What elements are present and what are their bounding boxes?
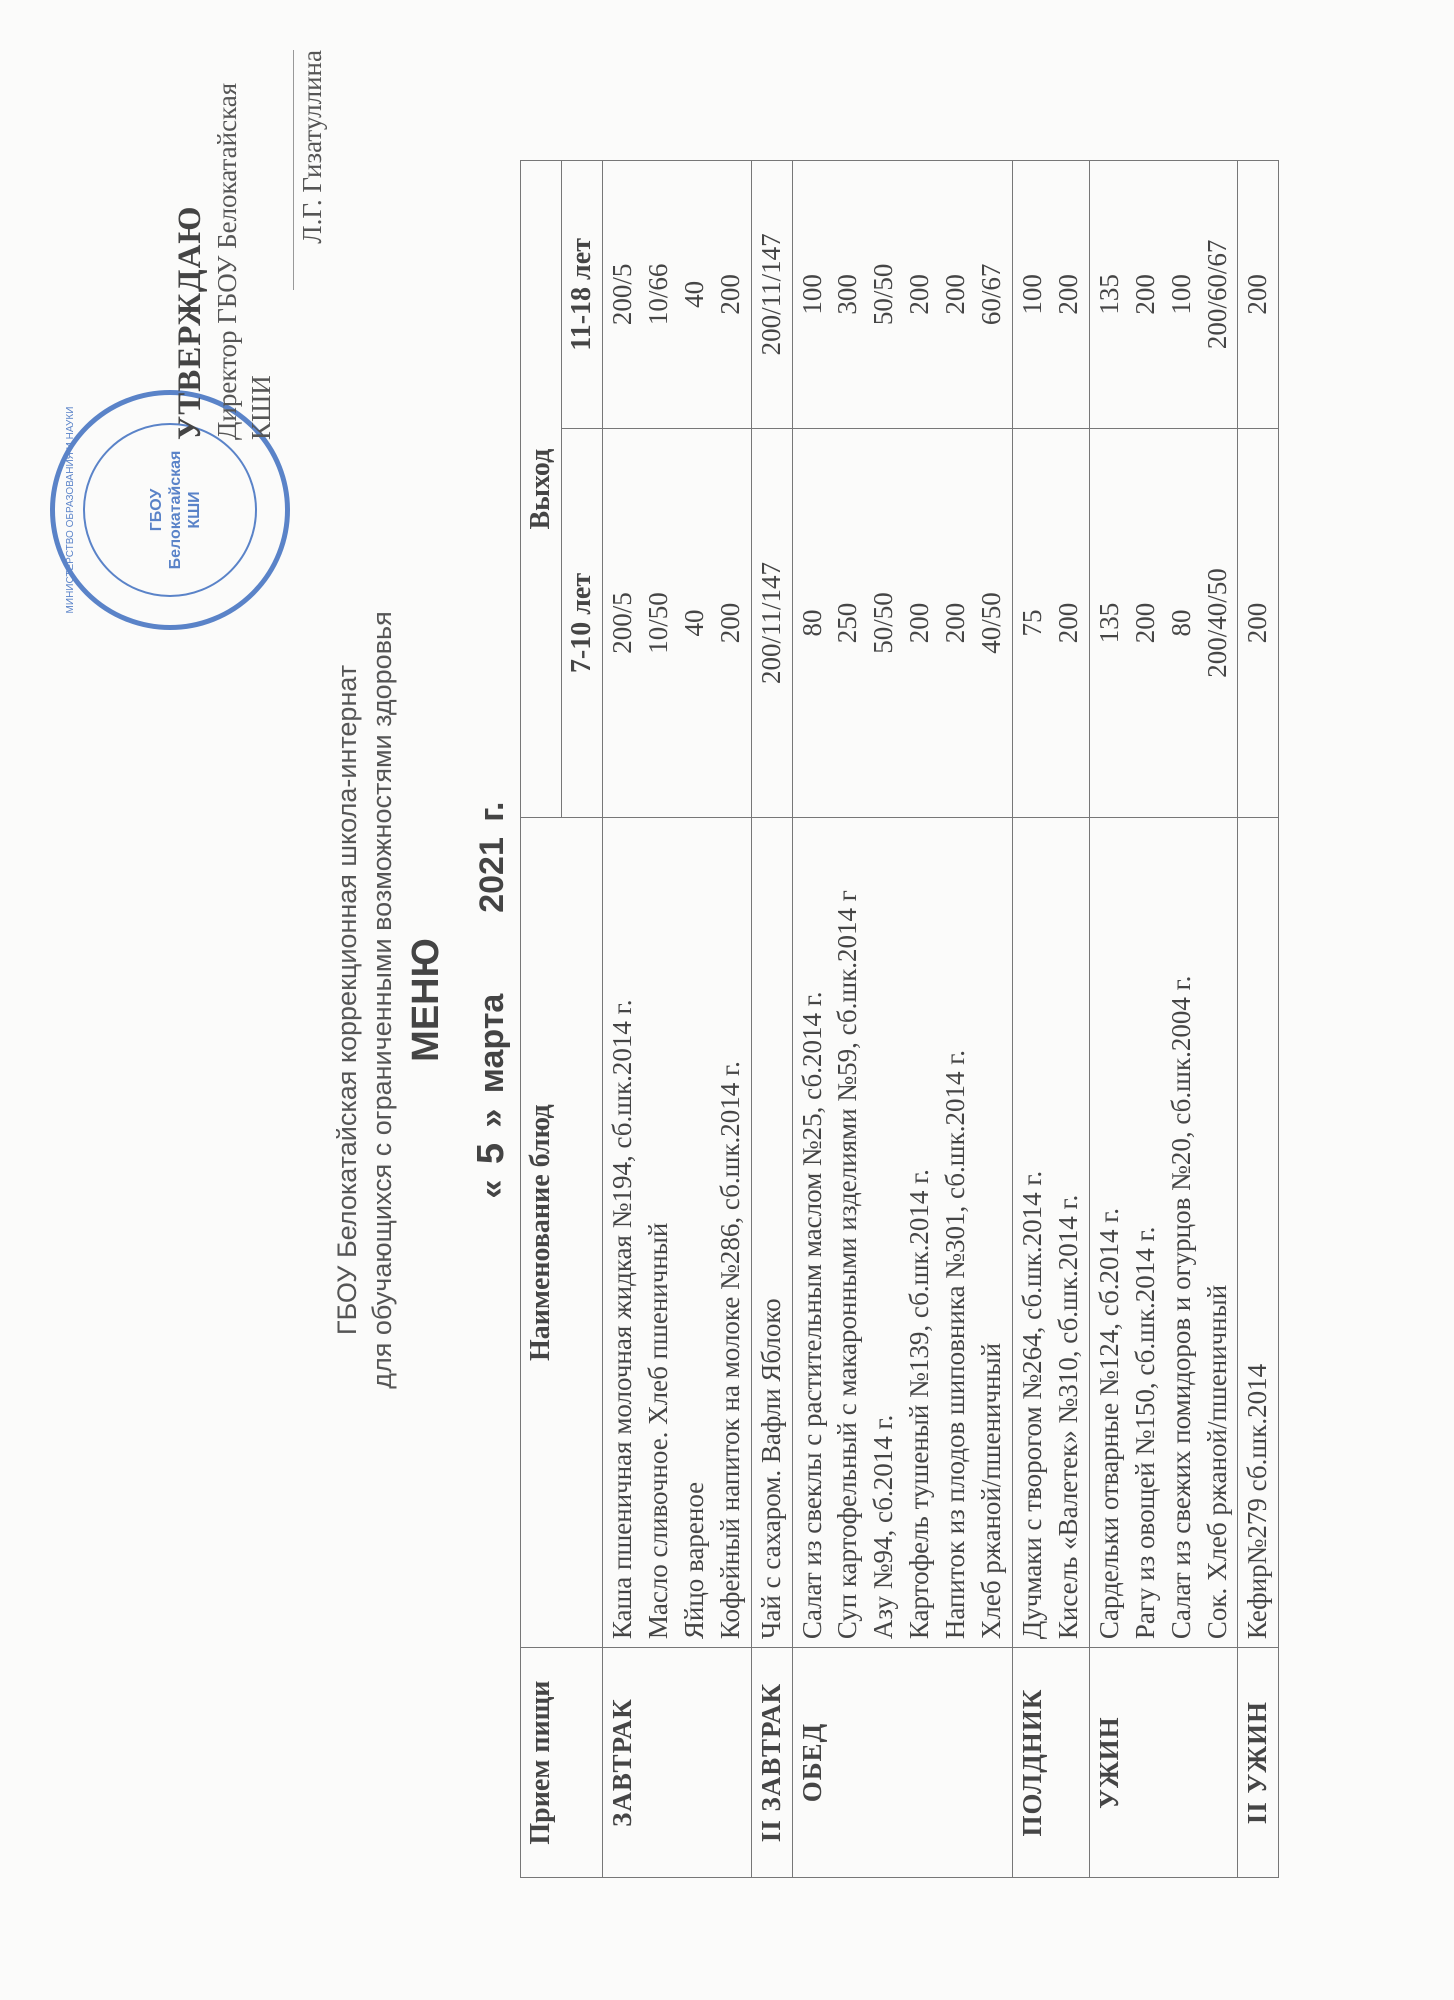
- output-7-10: 200/11/147: [751, 428, 792, 818]
- table-row: ЗАВТРАККаша пшеничная молочная жидкая №1…: [603, 161, 752, 1878]
- output-value: 200: [1128, 435, 1164, 812]
- output-value: 40: [677, 435, 713, 812]
- dish-item: Напиток из плодов шиповника №301, сб.шк.…: [938, 826, 974, 1639]
- dish-item: Чай с сахаром. Вафли Яблоко: [754, 826, 790, 1639]
- output-11-18: 135200100200/60/67: [1089, 161, 1238, 429]
- table-row: УЖИНСардельки отварные №124, сб.2014 г.Р…: [1089, 161, 1238, 1878]
- organization-name: ГБОУ Белокатайская коррекционная школа-и…: [330, 300, 400, 1700]
- output-value: 10/66: [641, 167, 677, 422]
- meal-name: ЗАВТРАК: [603, 1648, 752, 1878]
- output-value: 200: [1051, 167, 1087, 422]
- date-year: 2021 г.: [473, 801, 511, 912]
- approval-position: Директор ГБОУ Белокатайская КШИ: [211, 20, 279, 440]
- dish-item: Салат из свежих помидоров и огурцов №20,…: [1164, 826, 1200, 1639]
- dish-list: Салат из свеклы с растительным маслом №2…: [792, 818, 1012, 1648]
- output-value: 200: [1051, 435, 1087, 812]
- dish-item: Масло сливочное. Хлеб пшеничный: [641, 826, 677, 1639]
- approval-signatory: Л.Г. Гизатуллина: [293, 50, 330, 290]
- output-value: 200/40/50: [1200, 435, 1236, 812]
- table-row: ПОЛДНИКДучмаки с творогом №264, сб.шк.20…: [1012, 161, 1089, 1878]
- output-value: 75: [1015, 435, 1051, 812]
- output-value: 200: [1240, 167, 1276, 422]
- dish-item: Яйцо вареное: [677, 826, 713, 1639]
- output-value: 200: [713, 435, 749, 812]
- table-row: ОБЕДСалат из свеклы с растительным масло…: [792, 161, 1012, 1878]
- menu-table: Прием пищи Наименование блюд Выход 7-10 …: [520, 160, 1279, 1878]
- dish-item: Азу №94, сб.2014 г.: [866, 826, 902, 1639]
- output-value: 200: [1128, 167, 1164, 422]
- output-value: 80: [795, 435, 831, 812]
- stamp-ring-text: МИНИСТЕРСТВО ОБРАЗОВАНИЯ И НАУКИ: [65, 395, 76, 625]
- meal-name: ОБЕД: [792, 1648, 1012, 1878]
- output-value: 200: [938, 167, 974, 422]
- output-value: 200/60/67: [1200, 167, 1236, 422]
- output-7-10: 200/510/5040200: [603, 428, 752, 818]
- output-value: 200/5: [605, 167, 641, 422]
- meal-name: II ЗАВТРАК: [751, 1648, 792, 1878]
- output-value: 200: [1240, 435, 1276, 812]
- dish-item: Картофель тушеный №139, сб.шк.2014 г.: [902, 826, 938, 1639]
- menu-date: « 5 » марта 2021 г.: [470, 600, 513, 1400]
- output-value: 40: [677, 167, 713, 422]
- output-11-18: 10030050/5020020060/67: [792, 161, 1012, 429]
- output-value: 200: [902, 167, 938, 422]
- output-value: 200/5: [605, 435, 641, 812]
- date-month: марта: [473, 994, 511, 1094]
- dish-item: Кофейный напиток на молоке №286, сб.шк.2…: [713, 826, 749, 1639]
- output-value: 200: [938, 435, 974, 812]
- output-7-10: 200: [1238, 428, 1279, 818]
- dish-item: Дучмаки с творогом №264, сб.шк.2014 г.: [1015, 826, 1051, 1639]
- output-value: 60/67: [974, 167, 1010, 422]
- output-value: 200: [713, 167, 749, 422]
- output-value: 50/50: [866, 167, 902, 422]
- meal-name: ПОЛДНИК: [1012, 1648, 1089, 1878]
- dish-list: Чай с сахаром. Вафли Яблоко: [751, 818, 792, 1648]
- dish-item: Сок. Хлеб ржаной/пшеничный: [1200, 826, 1236, 1639]
- dish-item: Суп картофельный с макаронными изделиями…: [830, 826, 866, 1639]
- output-value: 200/11/147: [754, 167, 790, 422]
- header-meal: Прием пищи: [521, 1648, 603, 1878]
- output-value: 135: [1092, 435, 1128, 812]
- output-11-18: 200/510/6640200: [603, 161, 752, 429]
- dish-list: Сардельки отварные №124, сб.2014 г.Рагу …: [1089, 818, 1238, 1648]
- dish-item: Хлеб ржаной/пшеничный: [974, 826, 1010, 1639]
- output-value: 200/11/147: [754, 435, 790, 812]
- table-row: II ЗАВТРАКЧай с сахаром. Вафли Яблоко200…: [751, 161, 792, 1878]
- output-value: 200: [902, 435, 938, 812]
- dish-item: Салат из свеклы с растительным маслом №2…: [795, 826, 831, 1639]
- output-7-10: 75200: [1012, 428, 1089, 818]
- dish-item: Кисель «Валетек» №310, сб.шк.2014 г.: [1051, 826, 1087, 1639]
- output-7-10: 13520080200/40/50: [1089, 428, 1238, 818]
- output-value: 100: [1164, 167, 1200, 422]
- header-age-11-18: 11-18 лет: [562, 161, 603, 429]
- page-title: МЕНЮ: [405, 300, 448, 1700]
- output-value: 10/50: [641, 435, 677, 812]
- dish-item: Каша пшеничная молочная жидкая №194, сб.…: [605, 826, 641, 1639]
- header-age-7-10: 7-10 лет: [562, 428, 603, 818]
- output-value: 80: [1164, 435, 1200, 812]
- header-output: Выход: [521, 161, 562, 818]
- output-value: 300: [830, 167, 866, 422]
- dish-item: Сардельки отварные №124, сб.2014 г.: [1092, 826, 1128, 1639]
- dish-list: Кефир№279 сб.шк.2014: [1238, 818, 1279, 1648]
- approval-title: УТВЕРЖДАЮ: [170, 20, 211, 440]
- meal-name: II УЖИН: [1238, 1648, 1279, 1878]
- table-row: II УЖИНКефир№279 сб.шк.2014200200: [1238, 161, 1279, 1878]
- output-value: 40/50: [974, 435, 1010, 812]
- header-dish: Наименование блюд: [521, 818, 603, 1648]
- dish-item: Рагу из овощей №150, сб.шк.2014 г.: [1128, 826, 1164, 1639]
- date-day: 5: [470, 1143, 512, 1164]
- output-value: 100: [1015, 167, 1051, 422]
- meal-name: УЖИН: [1089, 1648, 1238, 1878]
- output-11-18: 100200: [1012, 161, 1089, 429]
- output-7-10: 8025050/5020020040/50: [792, 428, 1012, 818]
- output-value: 135: [1092, 167, 1128, 422]
- output-11-18: 200: [1238, 161, 1279, 429]
- output-11-18: 200/11/147: [751, 161, 792, 429]
- dish-list: Дучмаки с творогом №264, сб.шк.2014 г.Ки…: [1012, 818, 1089, 1648]
- approval-block: УТВЕРЖДАЮ Директор ГБОУ Белокатайская КШ…: [170, 20, 330, 440]
- output-value: 250: [830, 435, 866, 812]
- scanned-page: МИНИСТЕРСТВО ОБРАЗОВАНИЯ И НАУКИ ГБОУ Бе…: [0, 0, 1454, 2000]
- dish-item: Кефир№279 сб.шк.2014: [1240, 826, 1276, 1639]
- menu-table-body: ЗАВТРАККаша пшеничная молочная жидкая №1…: [603, 161, 1279, 1878]
- table-header-row: Прием пищи Наименование блюд Выход: [521, 161, 562, 1878]
- output-value: 100: [795, 167, 831, 422]
- dish-list: Каша пшеничная молочная жидкая №194, сб.…: [603, 818, 752, 1648]
- output-value: 50/50: [866, 435, 902, 812]
